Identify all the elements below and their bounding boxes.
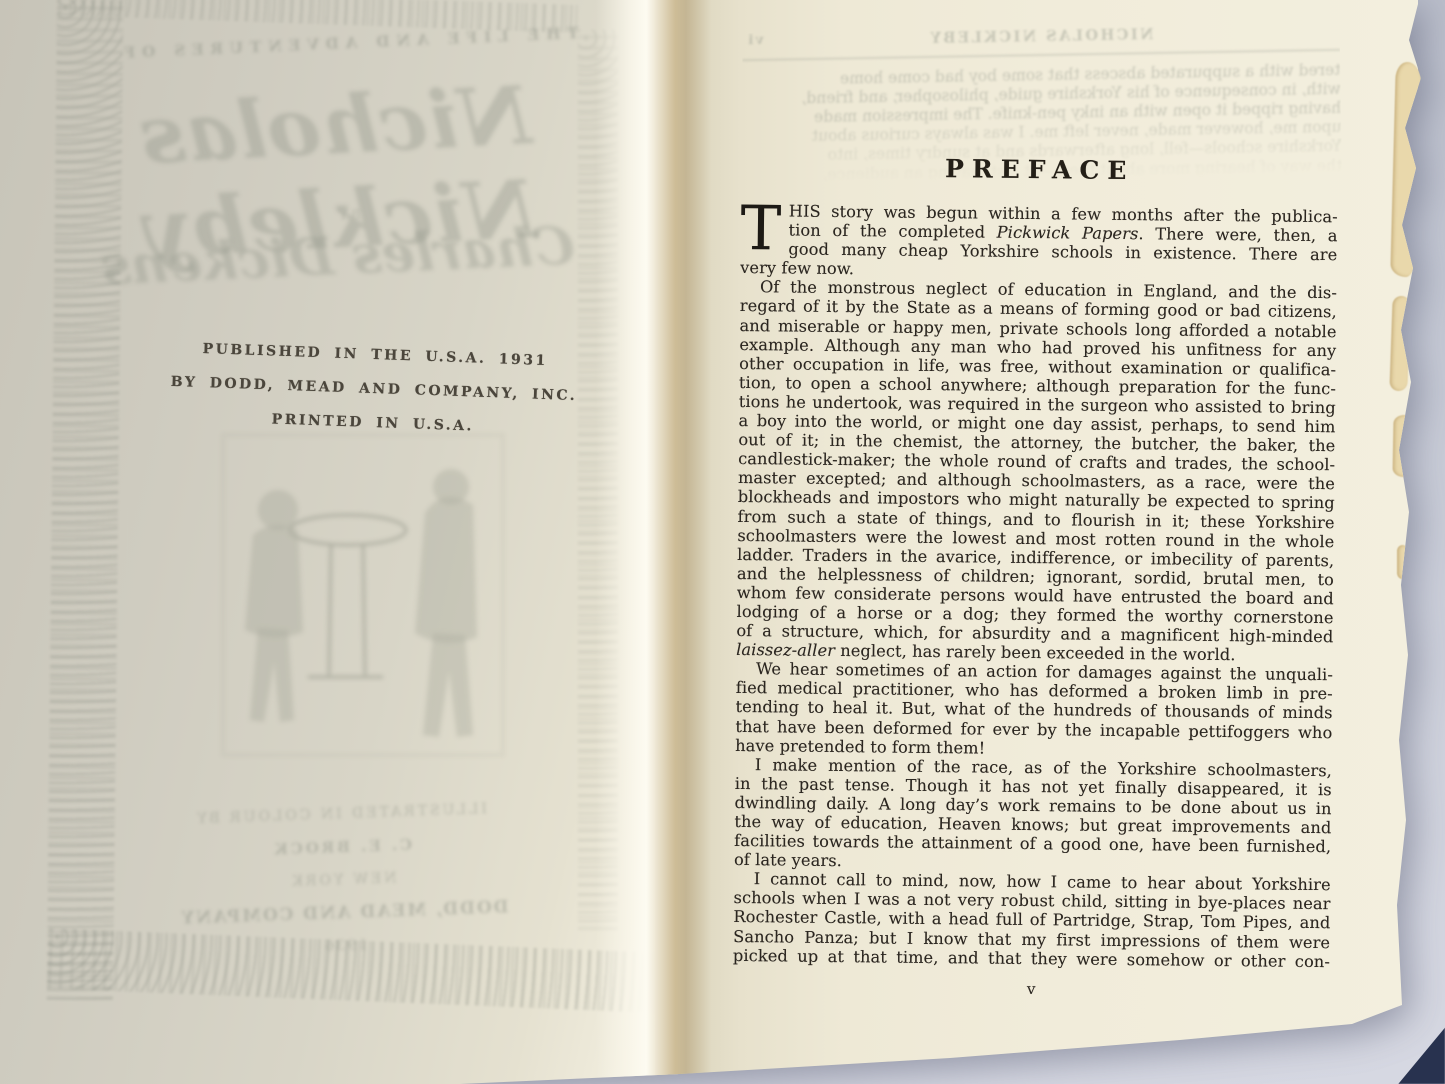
ornamental-border-left [47, 0, 123, 1000]
right-page: NICHOLAS NICKLEBY vi tered with a suppur… [655, 0, 1418, 1084]
copyright-imprint: PUBLISHED IN THE U.S.A. 1931 BY DODD, ME… [148, 330, 599, 448]
photo-background: THE LIFE AND ADVENTURES OF Nicholas Nick… [0, 0, 1445, 1084]
book-pages: THE LIFE AND ADVENTURES OF Nicholas Nick… [0, 0, 1445, 1084]
torn-page-edge [1392, 415, 1415, 477]
drop-cap: T [740, 204, 781, 257]
open-book: THE LIFE AND ADVENTURES OF Nicholas Nick… [0, 0, 1445, 1084]
preface-body: THIS story was begun within a few months… [733, 201, 1338, 971]
preface-paragraph: THIS story was begun within a few months… [740, 201, 1338, 284]
torn-page-edge [1397, 545, 1408, 579]
preface-paragraph: We hear sometimes of an action for damag… [735, 659, 1333, 761]
preface-heading: PREFACE [741, 152, 1338, 187]
preface-paragraph: I make mention of the race, as of the Yo… [734, 755, 1332, 876]
torn-page-edge [1390, 62, 1422, 278]
left-page: THE LIFE AND ADVENTURES OF Nicholas Nick… [0, 0, 678, 1084]
preface-content: PREFACE THIS story was begun within a fe… [733, 0, 1340, 1001]
preface-paragraph: I cannot call to mind, now, how I came t… [733, 869, 1331, 971]
preface-paragraph: Of the monstrous neglect of education in… [736, 277, 1337, 665]
page-number: v [733, 977, 1330, 1001]
book-gutter [596, 0, 716, 1084]
torn-page-edge [1389, 296, 1410, 392]
illustration-show-through [213, 425, 513, 765]
